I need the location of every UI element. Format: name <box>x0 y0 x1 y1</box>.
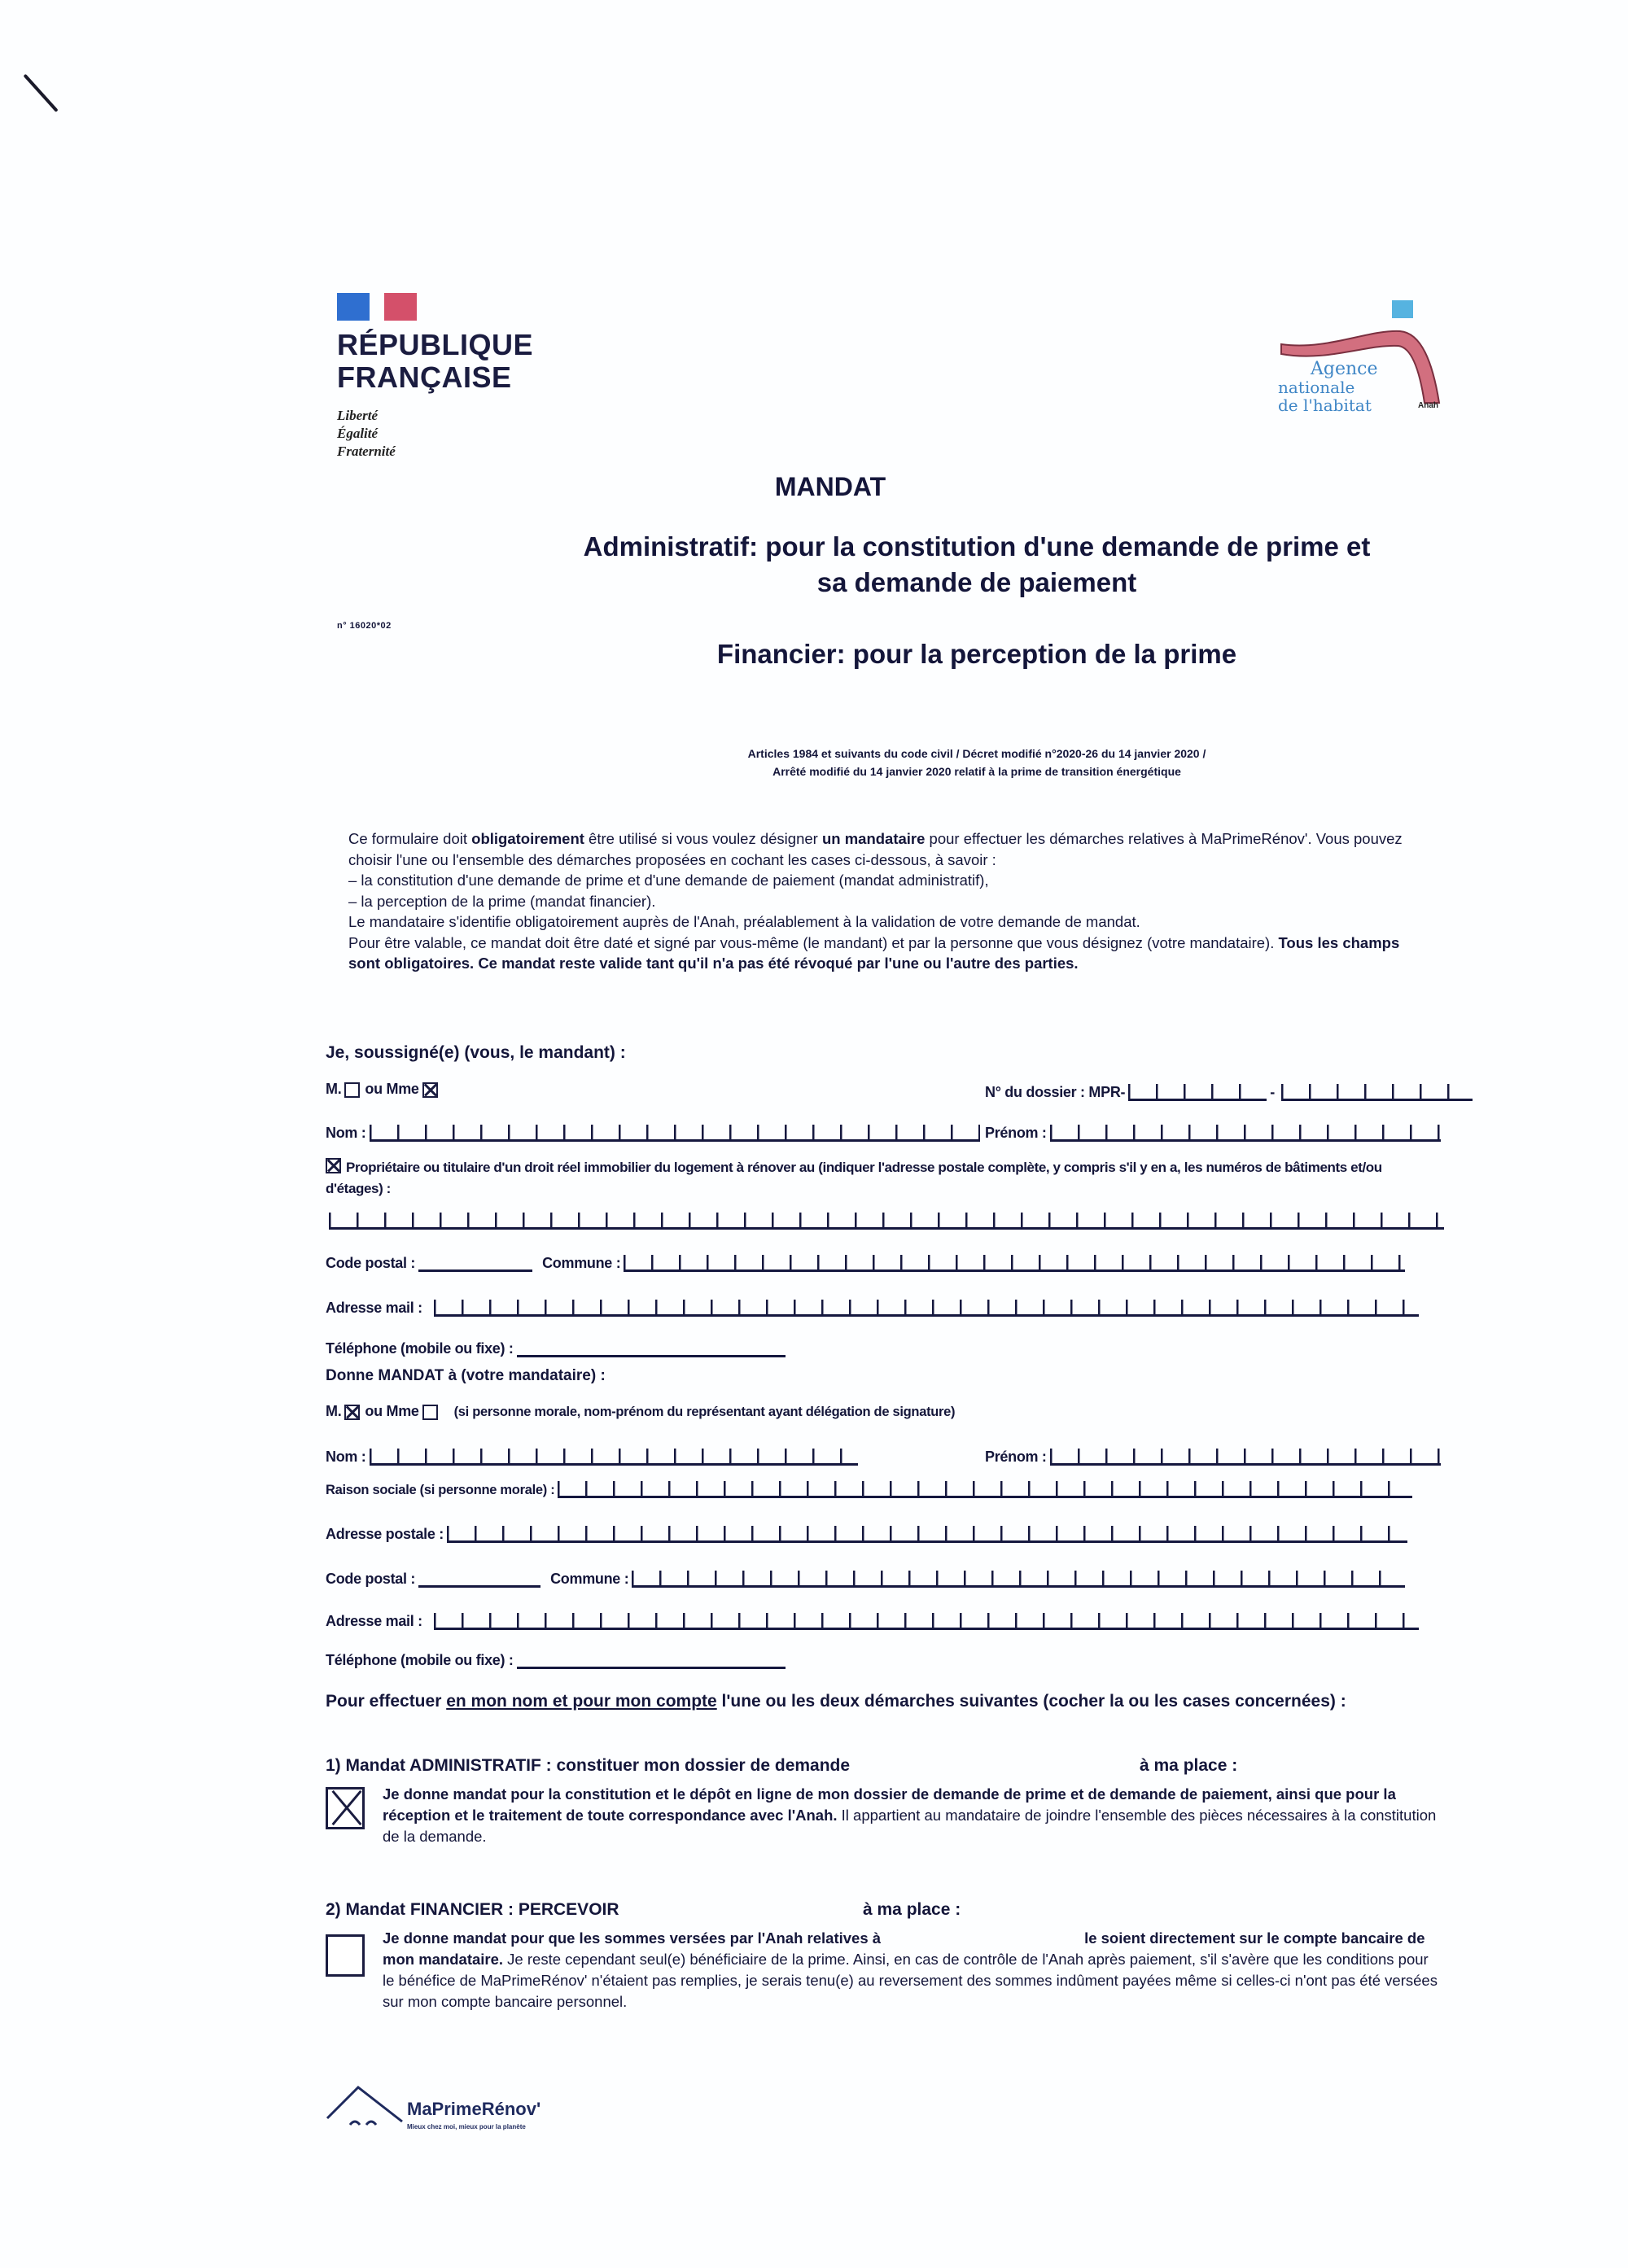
republic-line2: FRANÇAISE <box>337 361 533 394</box>
mandant-civility-mme-checkbox[interactable] <box>422 1082 438 1098</box>
mandant-section: Je, soussigné(e) (vous, le mandant) : M.… <box>326 1043 1449 1063</box>
subtitle-financier: Financier: pour la perception de la prim… <box>570 639 1384 670</box>
mandant-commune-field[interactable] <box>624 1247 1405 1272</box>
mandat-financier-checkbox[interactable] <box>326 1934 365 1977</box>
mandataire-section: Donne MANDAT à (votre mandataire) : M. o… <box>326 1367 1449 1385</box>
mandant-prenom-field[interactable] <box>1050 1117 1441 1142</box>
house-roof-icon <box>326 2079 407 2128</box>
mandataire-address-field[interactable] <box>447 1518 1407 1543</box>
mandataire-prenom-field[interactable] <box>1050 1440 1441 1466</box>
republic-line1: RÉPUBLIQUE <box>337 329 533 361</box>
mandant-email-field[interactable] <box>434 1291 1419 1317</box>
mandataire-nom-field[interactable] <box>370 1440 858 1466</box>
dossier-number-part2[interactable] <box>1281 1076 1473 1101</box>
mandataire-raison-sociale-field[interactable] <box>558 1473 1412 1498</box>
republique-francaise-logo: RÉPUBLIQUE FRANÇAISE Liberté Égalité Fra… <box>337 293 533 461</box>
scanned-form-page: RÉPUBLIQUE FRANÇAISE Liberté Égalité Fra… <box>0 0 1628 2268</box>
mandataire-phone-field[interactable] <box>517 1644 786 1669</box>
mandataire-heading: Donne MANDAT à (votre mandataire) : <box>326 1367 1449 1385</box>
form-reference: n° 16020*02 <box>337 621 392 631</box>
mandat-administratif-checkbox[interactable] <box>326 1787 365 1829</box>
mandant-postal-code-field[interactable] <box>418 1247 532 1272</box>
owner-checkbox[interactable] <box>326 1158 341 1173</box>
mandataire-email-field[interactable] <box>434 1605 1419 1630</box>
mandataire-postal-code-field[interactable] <box>418 1562 540 1588</box>
motto: Liberté Égalité Fraternité <box>337 407 533 461</box>
intro-paragraph: Ce formulaire doit obligatoirement être … <box>348 828 1415 974</box>
flag-icon <box>337 293 533 321</box>
mandat-administratif-section: 1) Mandat ADMINISTRATIF : constituer mon… <box>326 1756 1449 1776</box>
mandant-address-field[interactable] <box>329 1204 1444 1230</box>
legal-references: Articles 1984 et suivants du code civil … <box>570 745 1384 780</box>
pen-stroke-mark <box>24 74 59 112</box>
dossier-number-part1[interactable] <box>1128 1076 1267 1101</box>
mandataire-civility-mme-checkbox[interactable] <box>422 1405 438 1420</box>
mandataire-civility-m-checkbox[interactable] <box>344 1405 360 1420</box>
maprimerenov-logo: MaPrimeRénov' Mieux chez moi, mieux pour… <box>326 2079 407 2132</box>
page-title: MANDAT <box>775 472 886 502</box>
mandant-heading: Je, soussigné(e) (vous, le mandant) : <box>326 1043 1449 1063</box>
mandant-civility-m-checkbox[interactable] <box>344 1082 360 1098</box>
subtitle-administratif: Administratif: pour la constitution d'un… <box>570 529 1384 601</box>
mandant-nom-field[interactable] <box>370 1117 980 1142</box>
demarches-intro: Pour effectuer en mon nom et pour mon co… <box>326 1689 1449 1714</box>
anah-logo: Agence nationale de l'habitat Anah <box>1278 297 1449 444</box>
mandat-financier-section: 2) Mandat FINANCIER : PERCEVOIR à ma pla… <box>326 1900 1449 1920</box>
mandataire-commune-field[interactable] <box>632 1562 1405 1588</box>
mandant-phone-field[interactable] <box>517 1332 786 1357</box>
